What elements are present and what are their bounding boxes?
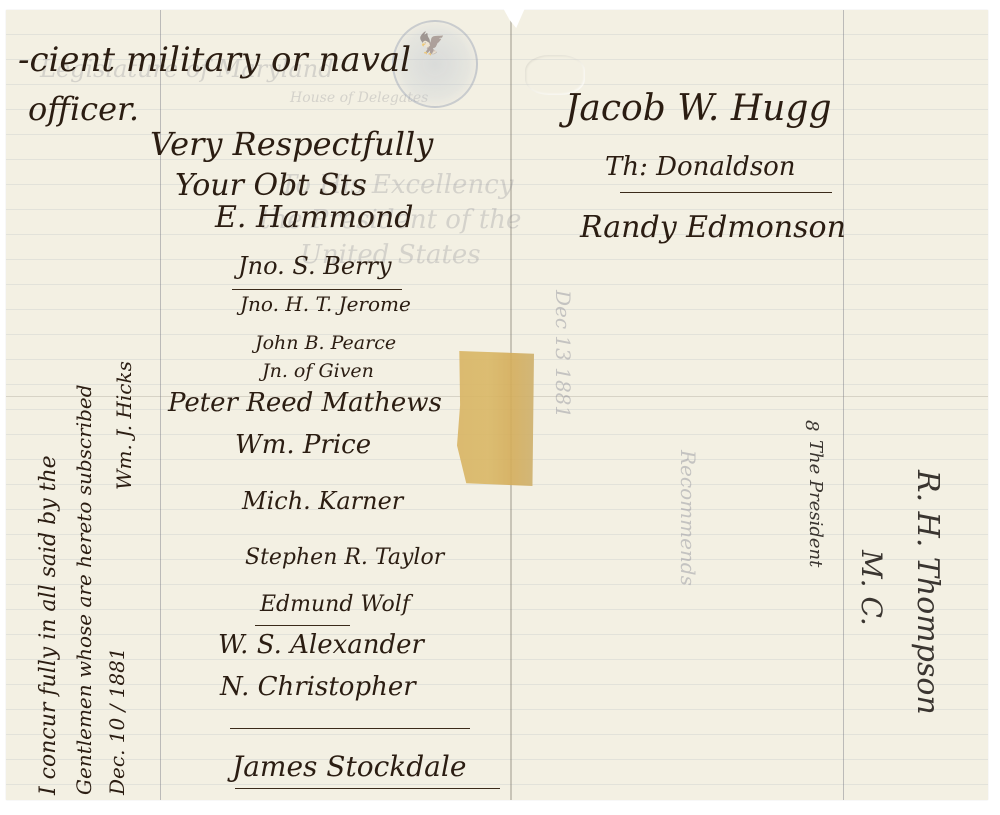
signature-12: N. Christopher [220, 672, 416, 702]
endorsement-signature: Wm. J. Hicks [112, 361, 136, 490]
signature-right-2: Th: Donaldson [605, 152, 796, 182]
signature-8: Mich. Karner [242, 487, 403, 515]
endorsement-line-2: Gentlemen whose are hereto subscribed [72, 384, 96, 795]
body-line-1: -cient military or naval [18, 40, 411, 80]
signature-3: Jno. H. T. Jerome [240, 292, 411, 316]
signature-2: Jno. S. Berry [238, 252, 392, 280]
signature-12-underline [230, 728, 470, 729]
signature-5: Jn. of Given [262, 360, 374, 382]
signature-11: W. S. Alexander [218, 630, 424, 660]
body-line-2: officer. [28, 90, 139, 128]
signature-right-2-underline [620, 192, 832, 193]
signature-right-1: Jacob W. Hugg [565, 88, 831, 129]
docket-mark: 8 [801, 420, 822, 431]
signature-13: James Stockdale [232, 750, 466, 783]
signature-right-3: Randy Edmonson [580, 210, 846, 245]
docket-from-title: M. C. [855, 550, 888, 626]
endorsement-date: Dec. 10 / 1881 [105, 647, 129, 795]
bleed-right-line-1: Dec 13 1881 [551, 290, 575, 418]
eagle-icon: 🦅 [418, 32, 445, 57]
endorsement-line-1: I concur fully in all said by the [36, 455, 61, 795]
signature-7: Wm. Price [235, 430, 371, 460]
docket-from: R. H. Thompson [910, 470, 945, 715]
signature-1: E. Hammond [215, 200, 414, 235]
margin-rule-right [843, 10, 844, 800]
closing-line-1: Very Respectfully [150, 125, 433, 163]
signature-6: Peter Reed Mathews [168, 388, 442, 418]
signature-2-underline [232, 289, 402, 290]
closing-line-2: Your Obt Sts [175, 168, 367, 203]
signature-10-underline [255, 625, 350, 626]
signature-4: John B. Pearce [255, 332, 396, 354]
signature-13-underline [235, 788, 500, 789]
signature-9: Stephen R. Taylor [245, 545, 444, 570]
docket-to: The President [805, 440, 826, 567]
tape-patch [457, 351, 534, 486]
bleed-right-line-2: Recommends [676, 450, 700, 586]
signature-10: Edmund Wolf [260, 592, 410, 617]
